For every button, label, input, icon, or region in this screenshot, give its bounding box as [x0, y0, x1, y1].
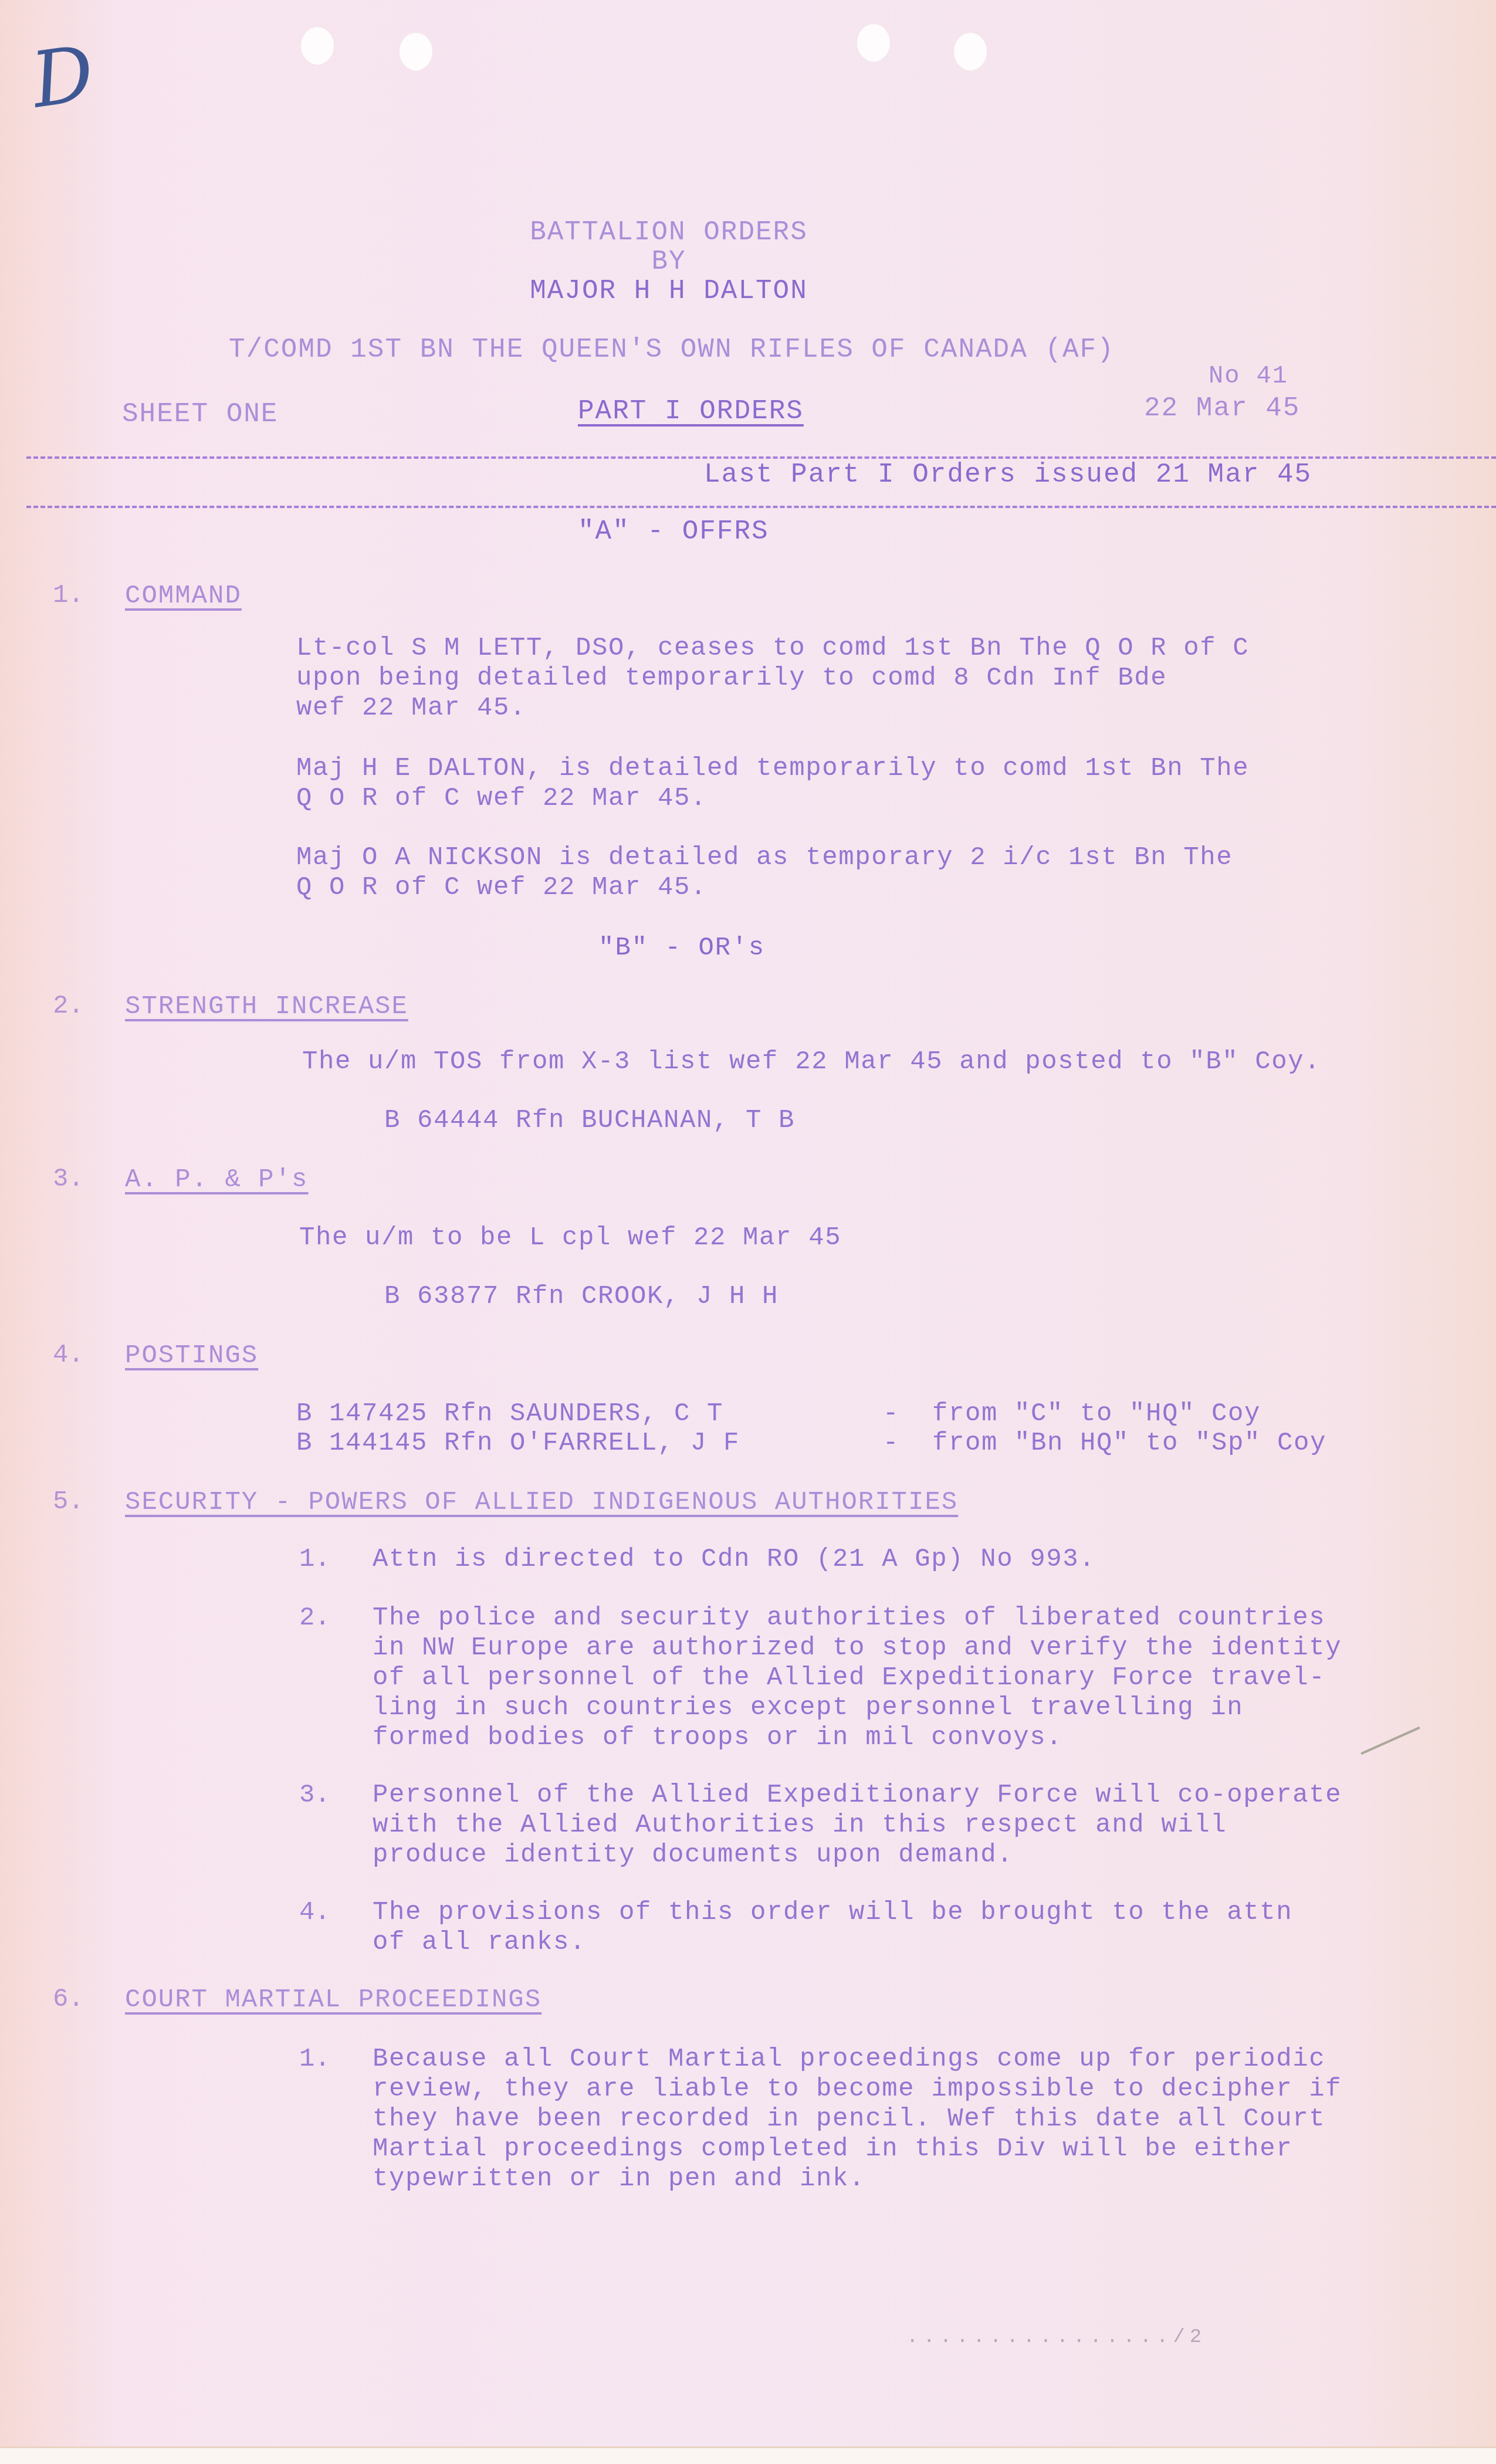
section-title: POSTINGS: [125, 1341, 258, 1371]
order-number: No 41: [1209, 361, 1288, 391]
item-text: Personnel of the Allied Expeditionary Fo…: [373, 1781, 1342, 1870]
part-title: PART I ORDERS: [578, 396, 804, 427]
item-text: Attn is directed to Cdn RO (21 A Gp) No …: [373, 1545, 1095, 1575]
continuation-marker: ................/2: [906, 2326, 1206, 2348]
punch-hole: [857, 23, 891, 62]
posting-soldier: B 147425 Rfn SAUNDERS, C T: [296, 1399, 723, 1429]
section-title: A. P. & P's: [125, 1165, 308, 1195]
divider-rule: [26, 456, 1496, 459]
posting-move: - from "C" to "HQ" Coy: [883, 1399, 1261, 1429]
item-number: 3.: [299, 1781, 330, 1810]
divider-rule: [26, 506, 1496, 508]
division-a-heading: "A" - OFFRS: [578, 516, 769, 547]
entry-soldier: B 64444 Rfn BUCHANAN, T B: [384, 1106, 795, 1136]
posting-move: - from "Bn HQ" to "Sp" Coy: [883, 1429, 1326, 1458]
section-number: 5.: [53, 1487, 84, 1517]
item-number: 4.: [299, 1898, 330, 1927]
section-title: SECURITY - POWERS OF ALLIED INDIGENOUS A…: [125, 1487, 958, 1518]
division-b-heading: "B" - OR's: [598, 933, 765, 963]
posting-soldier: B 144145 Rfn O'FARRELL, J F: [296, 1429, 740, 1458]
order-date: 22 Mar 45: [1144, 393, 1300, 424]
section-number: 6.: [53, 1985, 84, 2014]
page-edge: [0, 2446, 1496, 2464]
heading-officer: MAJOR H H DALTON: [0, 276, 1338, 306]
sheet-label: SHEET ONE: [122, 399, 278, 429]
heading-by: BY: [0, 246, 1338, 277]
section-number: 4.: [53, 1341, 84, 1370]
item-text: The police and security authorities of l…: [373, 1603, 1342, 1753]
item-number: 1.: [299, 1545, 330, 1574]
section-paragraph: The u/m to be L cpl wef 22 Mar 45: [299, 1223, 841, 1253]
entry-soldier: B 63877 Rfn CROOK, J H H: [384, 1282, 779, 1312]
item-text: Because all Court Martial proceedings co…: [373, 2045, 1342, 2194]
item-number: 2.: [299, 1603, 330, 1633]
section-paragraph: Lt-col S M LETT, DSO, ceases to comd 1st…: [296, 634, 1249, 723]
section-paragraph: The u/m TOS from X-3 list wef 22 Mar 45 …: [302, 1047, 1321, 1077]
section-title: STRENGTH INCREASE: [125, 991, 408, 1022]
section-title: COURT MARTIAL PROCEEDINGS: [125, 1985, 541, 2015]
section-number: 1.: [53, 581, 84, 610]
pencil-mark: [1360, 1727, 1420, 1755]
handwritten-mark: D: [26, 28, 99, 125]
heading-unit: T/COMD 1ST BN THE QUEEN'S OWN RIFLES OF …: [229, 334, 1115, 365]
punch-hole: [399, 32, 433, 71]
section-number: 2.: [53, 991, 84, 1021]
item-number: 1.: [299, 2045, 330, 2074]
section-title: COMMAND: [125, 581, 242, 611]
section-paragraph: Maj O A NICKSON is detailed as temporary…: [296, 843, 1233, 903]
last-issued-note: Last Part I Orders issued 21 Mar 45: [704, 459, 1312, 490]
punch-hole: [953, 32, 987, 71]
item-text: The provisions of this order will be bro…: [373, 1898, 1292, 1958]
punch-hole: [300, 26, 334, 65]
section-paragraph: Maj H E DALTON, is detailed temporarily …: [296, 754, 1249, 814]
heading-title: BATTALION ORDERS: [0, 217, 1338, 248]
section-number: 3.: [53, 1165, 84, 1194]
